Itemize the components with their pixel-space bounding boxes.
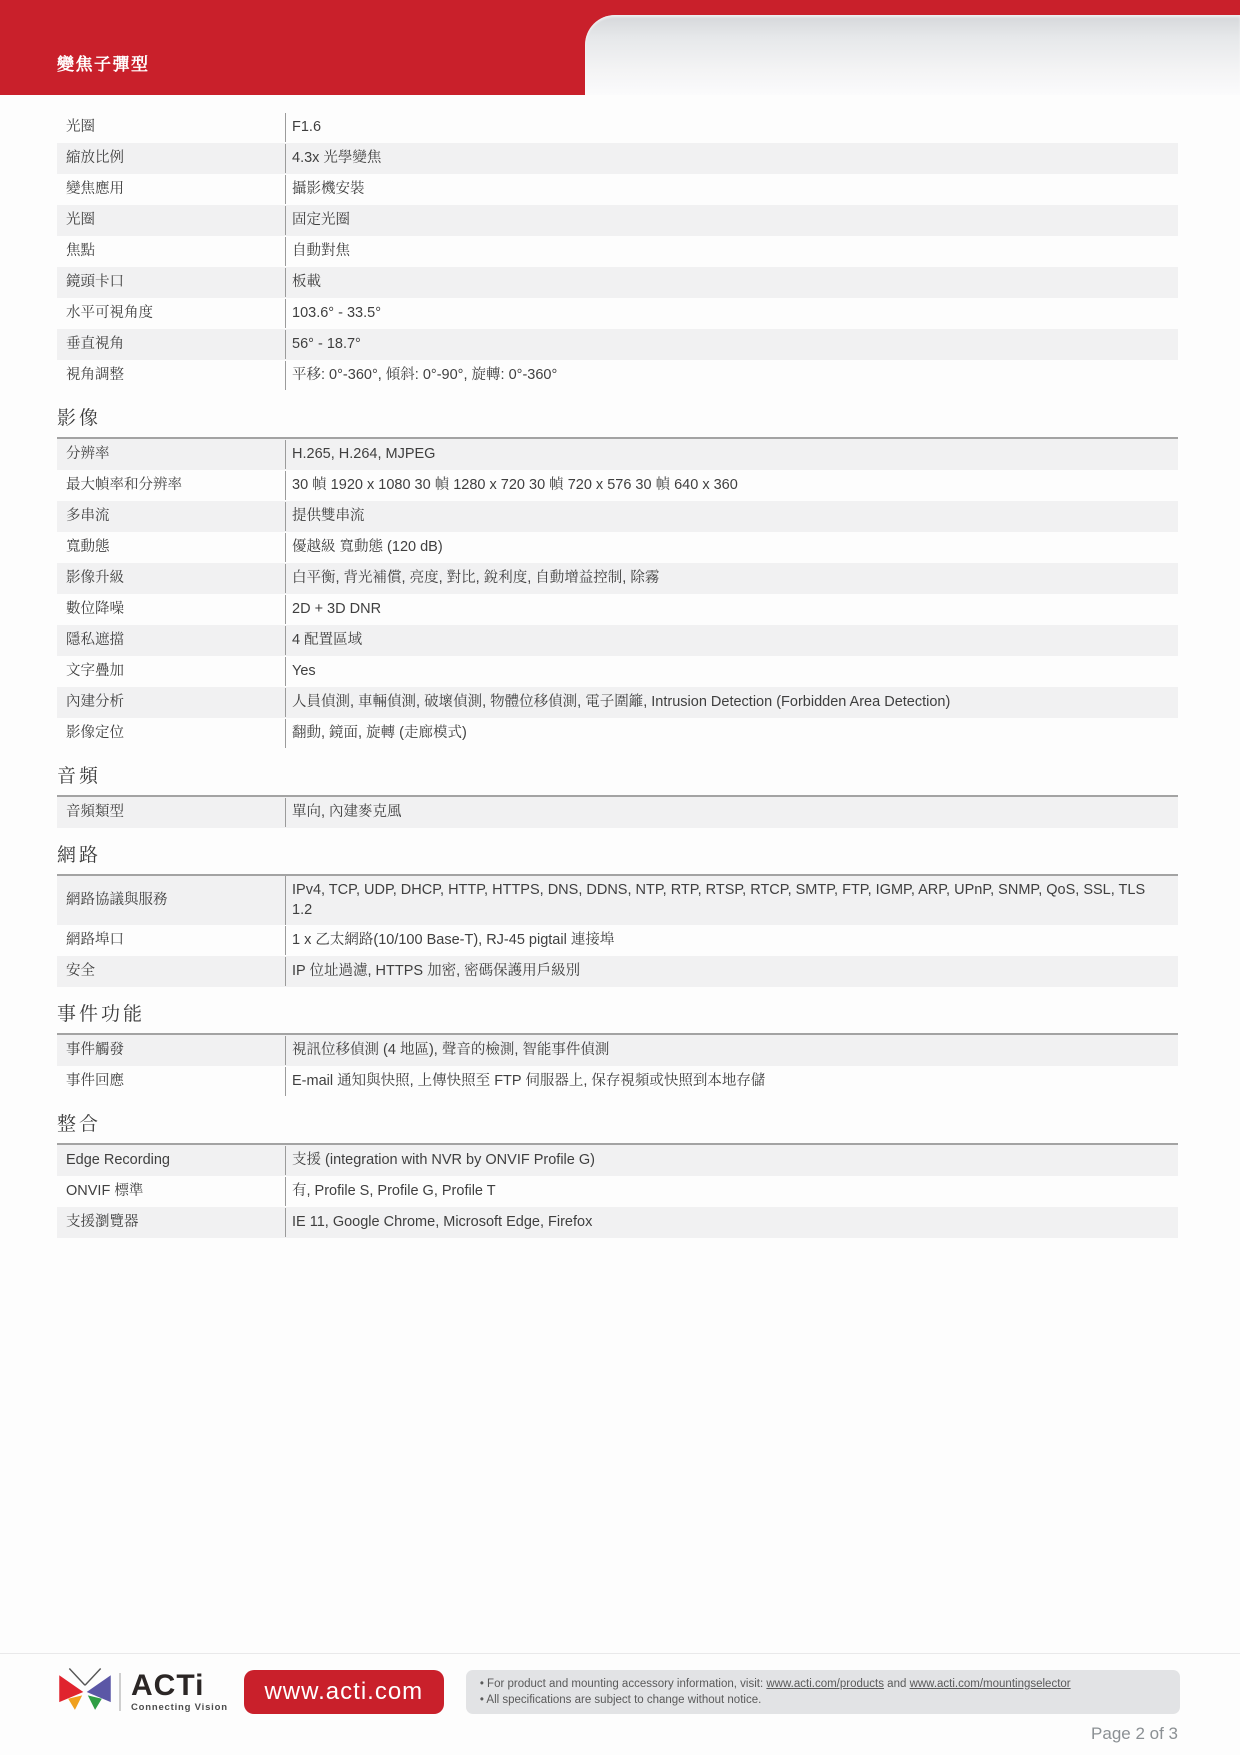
spec-label: 變焦應用 — [57, 175, 285, 205]
spec-label: 分辨率 — [57, 440, 285, 470]
spec-label: 內建分析 — [57, 688, 285, 718]
footer-divider — [0, 1653, 1240, 1654]
spec-value: H.265, H.264, MJPEG — [285, 440, 1178, 470]
spec-label: 焦點 — [57, 237, 285, 267]
spec-label: 影像升級 — [57, 564, 285, 594]
spec-row: 音頻類型單向, 內建麥克風 — [57, 797, 1178, 828]
spec-row: 內建分析人員偵測, 車輛偵測, 破壞偵測, 物體位移偵測, 電子圍籬, Intr… — [57, 687, 1178, 718]
spec-value: 單向, 內建麥克風 — [285, 798, 1178, 828]
spec-row: 事件回應E-mail 通知與快照, 上傳快照至 FTP 伺服器上, 保存視頻或快… — [57, 1066, 1178, 1097]
spec-row: 垂直視角56° - 18.7° — [57, 329, 1178, 360]
spec-value: Yes — [285, 657, 1178, 687]
section-title: 影像 — [57, 407, 1178, 431]
spec-label: 鏡頭卡口 — [57, 268, 285, 298]
spec-row: 光圈固定光圈 — [57, 205, 1178, 236]
spec-value: 自動對焦 — [285, 237, 1178, 267]
spec-value: 平移: 0°-360°, 傾斜: 0°-90°, 旋轉: 0°-360° — [285, 361, 1178, 391]
spec-row: 網路埠口1 x 乙太網路(10/100 Base-T), RJ-45 pigta… — [57, 925, 1178, 956]
spec-row: 水平可視角度103.6° - 33.5° — [57, 298, 1178, 329]
spec-label: 文字疊加 — [57, 657, 285, 687]
footer-row: ACTi Connecting Vision www.acti.com • Fo… — [57, 1666, 1180, 1718]
spec-value: 翻動, 鏡面, 旋轉 (走廊模式) — [285, 719, 1178, 749]
spec-label: 網路協議與服務 — [57, 886, 285, 916]
spec-row: 網路協議與服務IPv4, TCP, UDP, DHCP, HTTP, HTTPS… — [57, 876, 1178, 925]
spec-row: 支援瀏覽器IE 11, Google Chrome, Microsoft Edg… — [57, 1207, 1178, 1238]
spec-row: 安全IP 位址過濾, HTTPS 加密, 密碼保護用戶級別 — [57, 956, 1178, 987]
spec-row: 文字疊加Yes — [57, 656, 1178, 687]
spec-value: 4.3x 光學變焦 — [285, 144, 1178, 174]
spec-label: 縮放比例 — [57, 144, 285, 174]
spec-value: 103.6° - 33.5° — [285, 299, 1178, 329]
spec-label: 光圈 — [57, 206, 285, 236]
footer-note-line-2: • All specifications are subject to chan… — [480, 1692, 1166, 1708]
mountingselector-link[interactable]: www.acti.com/mountingselector — [910, 1678, 1071, 1690]
spec-page: 變焦子彈型 光圈F1.6縮放比例4.3x 光學變焦變焦應用攝影機安裝光圈固定光圈… — [0, 0, 1240, 1755]
spec-value: 1 x 乙太網路(10/100 Base-T), RJ-45 pigtail 連… — [285, 926, 1178, 956]
spec-row: 視角調整平移: 0°-360°, 傾斜: 0°-90°, 旋轉: 0°-360° — [57, 360, 1178, 391]
page-header: 變焦子彈型 — [0, 0, 1240, 95]
spec-table: 網路協議與服務IPv4, TCP, UDP, DHCP, HTTP, HTTPS… — [57, 874, 1178, 987]
spec-label: 多串流 — [57, 502, 285, 532]
spec-row: 影像升級白平衡, 背光補償, 亮度, 對比, 銳利度, 自動增益控制, 除霧 — [57, 563, 1178, 594]
spec-value: 30 幀 1920 x 1080 30 幀 1280 x 720 30 幀 72… — [285, 471, 1178, 501]
spec-label: 影像定位 — [57, 719, 285, 749]
spec-row: 最大幀率和分辨率30 幀 1920 x 1080 30 幀 1280 x 720… — [57, 470, 1178, 501]
spec-label: 支援瀏覽器 — [57, 1208, 285, 1238]
section-title: 網路 — [57, 844, 1178, 868]
spec-value: 優越級 寬動態 (120 dB) — [285, 533, 1178, 563]
spec-row: ONVIF 標準有, Profile S, Profile G, Profile… — [57, 1176, 1178, 1207]
spec-value: 4 配置區域 — [285, 626, 1178, 656]
spec-row: 光圈F1.6 — [57, 112, 1178, 143]
section-title: 音頻 — [57, 765, 1178, 789]
spec-row: 隱私遮擋4 配置區域 — [57, 625, 1178, 656]
spec-row: 縮放比例4.3x 光學變焦 — [57, 143, 1178, 174]
spec-row: 數位降噪2D + 3D DNR — [57, 594, 1178, 625]
spec-value: 白平衡, 背光補償, 亮度, 對比, 銳利度, 自動增益控制, 除霧 — [285, 564, 1178, 594]
spec-label: 光圈 — [57, 113, 285, 143]
acti-logo: ACTi Connecting Vision — [57, 1666, 228, 1718]
spec-row: 鏡頭卡口板載 — [57, 267, 1178, 298]
section-title: 事件功能 — [57, 1003, 1178, 1027]
spec-value: F1.6 — [285, 113, 1178, 143]
logo-text: ACTi Connecting Vision — [131, 1671, 228, 1713]
spec-label: 網路埠口 — [57, 926, 285, 956]
spec-label: 寬動態 — [57, 533, 285, 563]
section-title: 整合 — [57, 1113, 1178, 1137]
spec-table: 光圈F1.6縮放比例4.3x 光學變焦變焦應用攝影機安裝光圈固定光圈焦點自動對焦… — [57, 112, 1178, 391]
products-link[interactable]: www.acti.com/products — [766, 1678, 884, 1690]
spec-label: 事件觸發 — [57, 1036, 285, 1066]
page-title: 變焦子彈型 — [57, 50, 150, 75]
spec-value: 提供雙串流 — [285, 502, 1178, 532]
note1-and: and — [884, 1678, 910, 1690]
header-tab-shape — [585, 15, 1240, 95]
footer-notes: • For product and mounting accessory inf… — [466, 1670, 1180, 1714]
spec-sections-container: 光圈F1.6縮放比例4.3x 光學變焦變焦應用攝影機安裝光圈固定光圈焦點自動對焦… — [57, 112, 1178, 1238]
spec-content: 光圈F1.6縮放比例4.3x 光學變焦變焦應用攝影機安裝光圈固定光圈焦點自動對焦… — [0, 95, 1240, 1238]
spec-value: E-mail 通知與快照, 上傳快照至 FTP 伺服器上, 保存視頻或快照到本地… — [285, 1067, 1178, 1097]
spec-value: IP 位址過濾, HTTPS 加密, 密碼保護用戶級別 — [285, 957, 1178, 987]
note1-prefix: • For product and mounting accessory inf… — [480, 1678, 767, 1690]
spec-label: 隱私遮擋 — [57, 626, 285, 656]
spec-label: 水平可視角度 — [57, 299, 285, 329]
spec-label: 音頻類型 — [57, 798, 285, 828]
spec-value: 視訊位移偵測 (4 地區), 聲音的檢測, 智能事件偵測 — [285, 1036, 1178, 1066]
footer-note-line-1: • For product and mounting accessory inf… — [480, 1676, 1166, 1692]
spec-label: 最大幀率和分辨率 — [57, 471, 285, 501]
spec-value: IE 11, Google Chrome, Microsoft Edge, Fi… — [285, 1208, 1178, 1238]
spec-label: ONVIF 標準 — [57, 1177, 285, 1207]
spec-value: 56° - 18.7° — [285, 330, 1178, 360]
spec-label: 事件回應 — [57, 1067, 285, 1097]
spec-row: 焦點自動對焦 — [57, 236, 1178, 267]
butterfly-logo-icon — [57, 1666, 113, 1718]
spec-section: 網路網路協議與服務IPv4, TCP, UDP, DHCP, HTTP, HTT… — [57, 844, 1178, 987]
spec-section: 光圈F1.6縮放比例4.3x 光學變焦變焦應用攝影機安裝光圈固定光圈焦點自動對焦… — [57, 112, 1178, 391]
website-button[interactable]: www.acti.com — [244, 1670, 444, 1714]
spec-label: Edge Recording — [57, 1146, 285, 1176]
logo-divider — [119, 1673, 121, 1711]
spec-row: Edge Recording支援 (integration with NVR b… — [57, 1145, 1178, 1176]
spec-row: 分辨率H.265, H.264, MJPEG — [57, 439, 1178, 470]
brand-name: ACTi — [131, 1671, 228, 1701]
spec-row: 寬動態優越級 寬動態 (120 dB) — [57, 532, 1178, 563]
spec-table: 分辨率H.265, H.264, MJPEG最大幀率和分辨率30 幀 1920 … — [57, 437, 1178, 749]
spec-row: 變焦應用攝影機安裝 — [57, 174, 1178, 205]
spec-table: 音頻類型單向, 內建麥克風 — [57, 795, 1178, 828]
spec-label: 數位降噪 — [57, 595, 285, 625]
spec-value: 板載 — [285, 268, 1178, 298]
spec-row: 事件觸發視訊位移偵測 (4 地區), 聲音的檢測, 智能事件偵測 — [57, 1035, 1178, 1066]
brand-tagline: Connecting Vision — [131, 1702, 228, 1713]
spec-value: 2D + 3D DNR — [285, 595, 1178, 625]
spec-value: 人員偵測, 車輛偵測, 破壞偵測, 物體位移偵測, 電子圍籬, Intrusio… — [285, 688, 1178, 718]
spec-table: Edge Recording支援 (integration with NVR b… — [57, 1143, 1178, 1238]
spec-row: 影像定位翻動, 鏡面, 旋轉 (走廊模式) — [57, 718, 1178, 749]
page-indicator: Page 2 of 3 — [0, 1724, 1178, 1744]
page-footer: ACTi Connecting Vision www.acti.com • Fo… — [0, 1653, 1240, 1755]
spec-value: 支援 (integration with NVR by ONVIF Profil… — [285, 1146, 1178, 1176]
spec-section: 事件功能事件觸發視訊位移偵測 (4 地區), 聲音的檢測, 智能事件偵測事件回應… — [57, 1003, 1178, 1097]
spec-value: 有, Profile S, Profile G, Profile T — [285, 1177, 1178, 1207]
spec-value: 攝影機安裝 — [285, 175, 1178, 205]
spec-section: 整合Edge Recording支援 (integration with NVR… — [57, 1113, 1178, 1238]
spec-value: 固定光圈 — [285, 206, 1178, 236]
spec-label: 安全 — [57, 957, 285, 987]
spec-section: 音頻音頻類型單向, 內建麥克風 — [57, 765, 1178, 828]
spec-section: 影像分辨率H.265, H.264, MJPEG最大幀率和分辨率30 幀 192… — [57, 407, 1178, 749]
spec-label: 視角調整 — [57, 361, 285, 391]
spec-table: 事件觸發視訊位移偵測 (4 地區), 聲音的檢測, 智能事件偵測事件回應E-ma… — [57, 1033, 1178, 1097]
spec-value: IPv4, TCP, UDP, DHCP, HTTP, HTTPS, DNS, … — [285, 876, 1178, 925]
spec-label: 垂直視角 — [57, 330, 285, 360]
spec-row: 多串流提供雙串流 — [57, 501, 1178, 532]
